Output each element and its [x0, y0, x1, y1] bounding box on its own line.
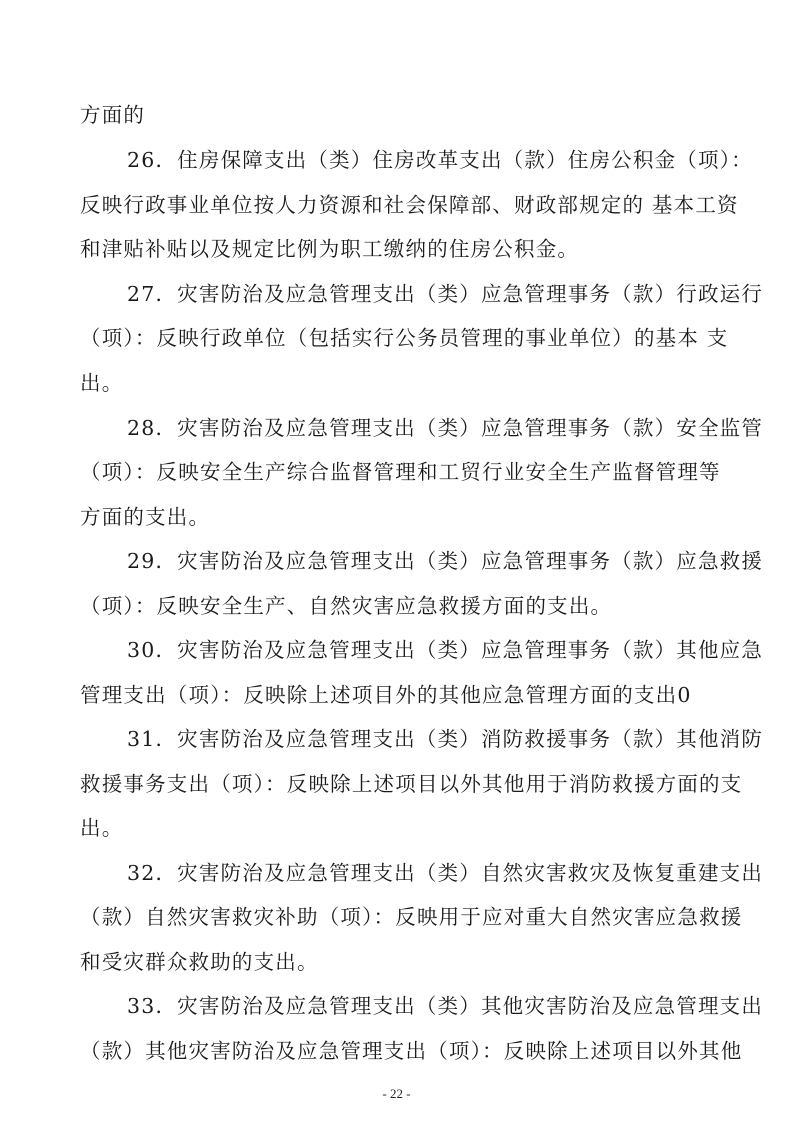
paragraph-line: 30．灾害防治及应急管理支出（类）应急管理事务（款）其他应急	[127, 636, 720, 664]
paragraph-line: 和受灾群众救助的支出。	[80, 948, 720, 976]
paragraph-line: 28．灾害防治及应急管理支出（类）应急管理事务（款）安全监管	[127, 414, 720, 442]
paragraph-line: 32．灾害防治及应急管理支出（类）自然灾害救灾及恢复重建支出	[127, 859, 720, 887]
paragraph-line: 管理支出（项）：反映除上述项目外的其他应急管理方面的支出0	[80, 681, 720, 709]
paragraph-line: （款）其他灾害防治及应急管理支出（项）：反映除上述项目以外其他	[80, 1037, 720, 1065]
paragraph-line: 和津贴补贴以及规定比例为职工缴纳的住房公积金。	[80, 235, 720, 263]
paragraph-line: 出。	[80, 369, 720, 397]
paragraph-line: （项）：反映安全生产、自然灾害应急救援方面的支出。	[80, 592, 720, 620]
paragraph-line: （款）自然灾害救灾补助（项）：反映用于应对重大自然灾害应急救援	[80, 903, 720, 931]
paragraph-line: 31．灾害防治及应急管理支出（类）消防救援事务（款）其他消防	[127, 725, 720, 753]
text-fragment: 方面的	[80, 101, 720, 129]
paragraph-line: 29．灾害防治及应急管理支出（类）应急管理事务（款）应急救援	[127, 547, 720, 575]
paragraph-line: 出。	[80, 814, 720, 842]
paragraph-line: 救援事务支出（项）：反映除上述项目以外其他用于消防救援方面的支	[80, 770, 720, 798]
paragraph-line: 27．灾害防治及应急管理支出（类）应急管理事务（款）行政运行	[127, 280, 720, 308]
paragraph-line: （项）：反映安全生产综合监督管理和工贸行业安全生产监督管理等	[80, 458, 720, 486]
paragraph-line: （项）：反映行政单位（包括实行公务员管理的事业单位）的基本 支	[80, 324, 720, 352]
paragraph-line: 反映行政事业单位按人力资源和社会保障部、财政部规定的 基本工资	[80, 191, 720, 219]
paragraph-line: 方面的支出。	[80, 503, 720, 531]
page-number: - 22 -	[0, 1086, 793, 1102]
paragraph-line: 33．灾害防治及应急管理支出（类）其他灾害防治及应急管理支出	[127, 992, 720, 1020]
paragraph-line: 26．住房保障支出（类）住房改革支出（款）住房公积金（项）：	[127, 146, 720, 174]
document-page: 方面的 26．住房保障支出（类）住房改革支出（款）住房公积金（项）： 反映行政事…	[0, 0, 793, 1122]
